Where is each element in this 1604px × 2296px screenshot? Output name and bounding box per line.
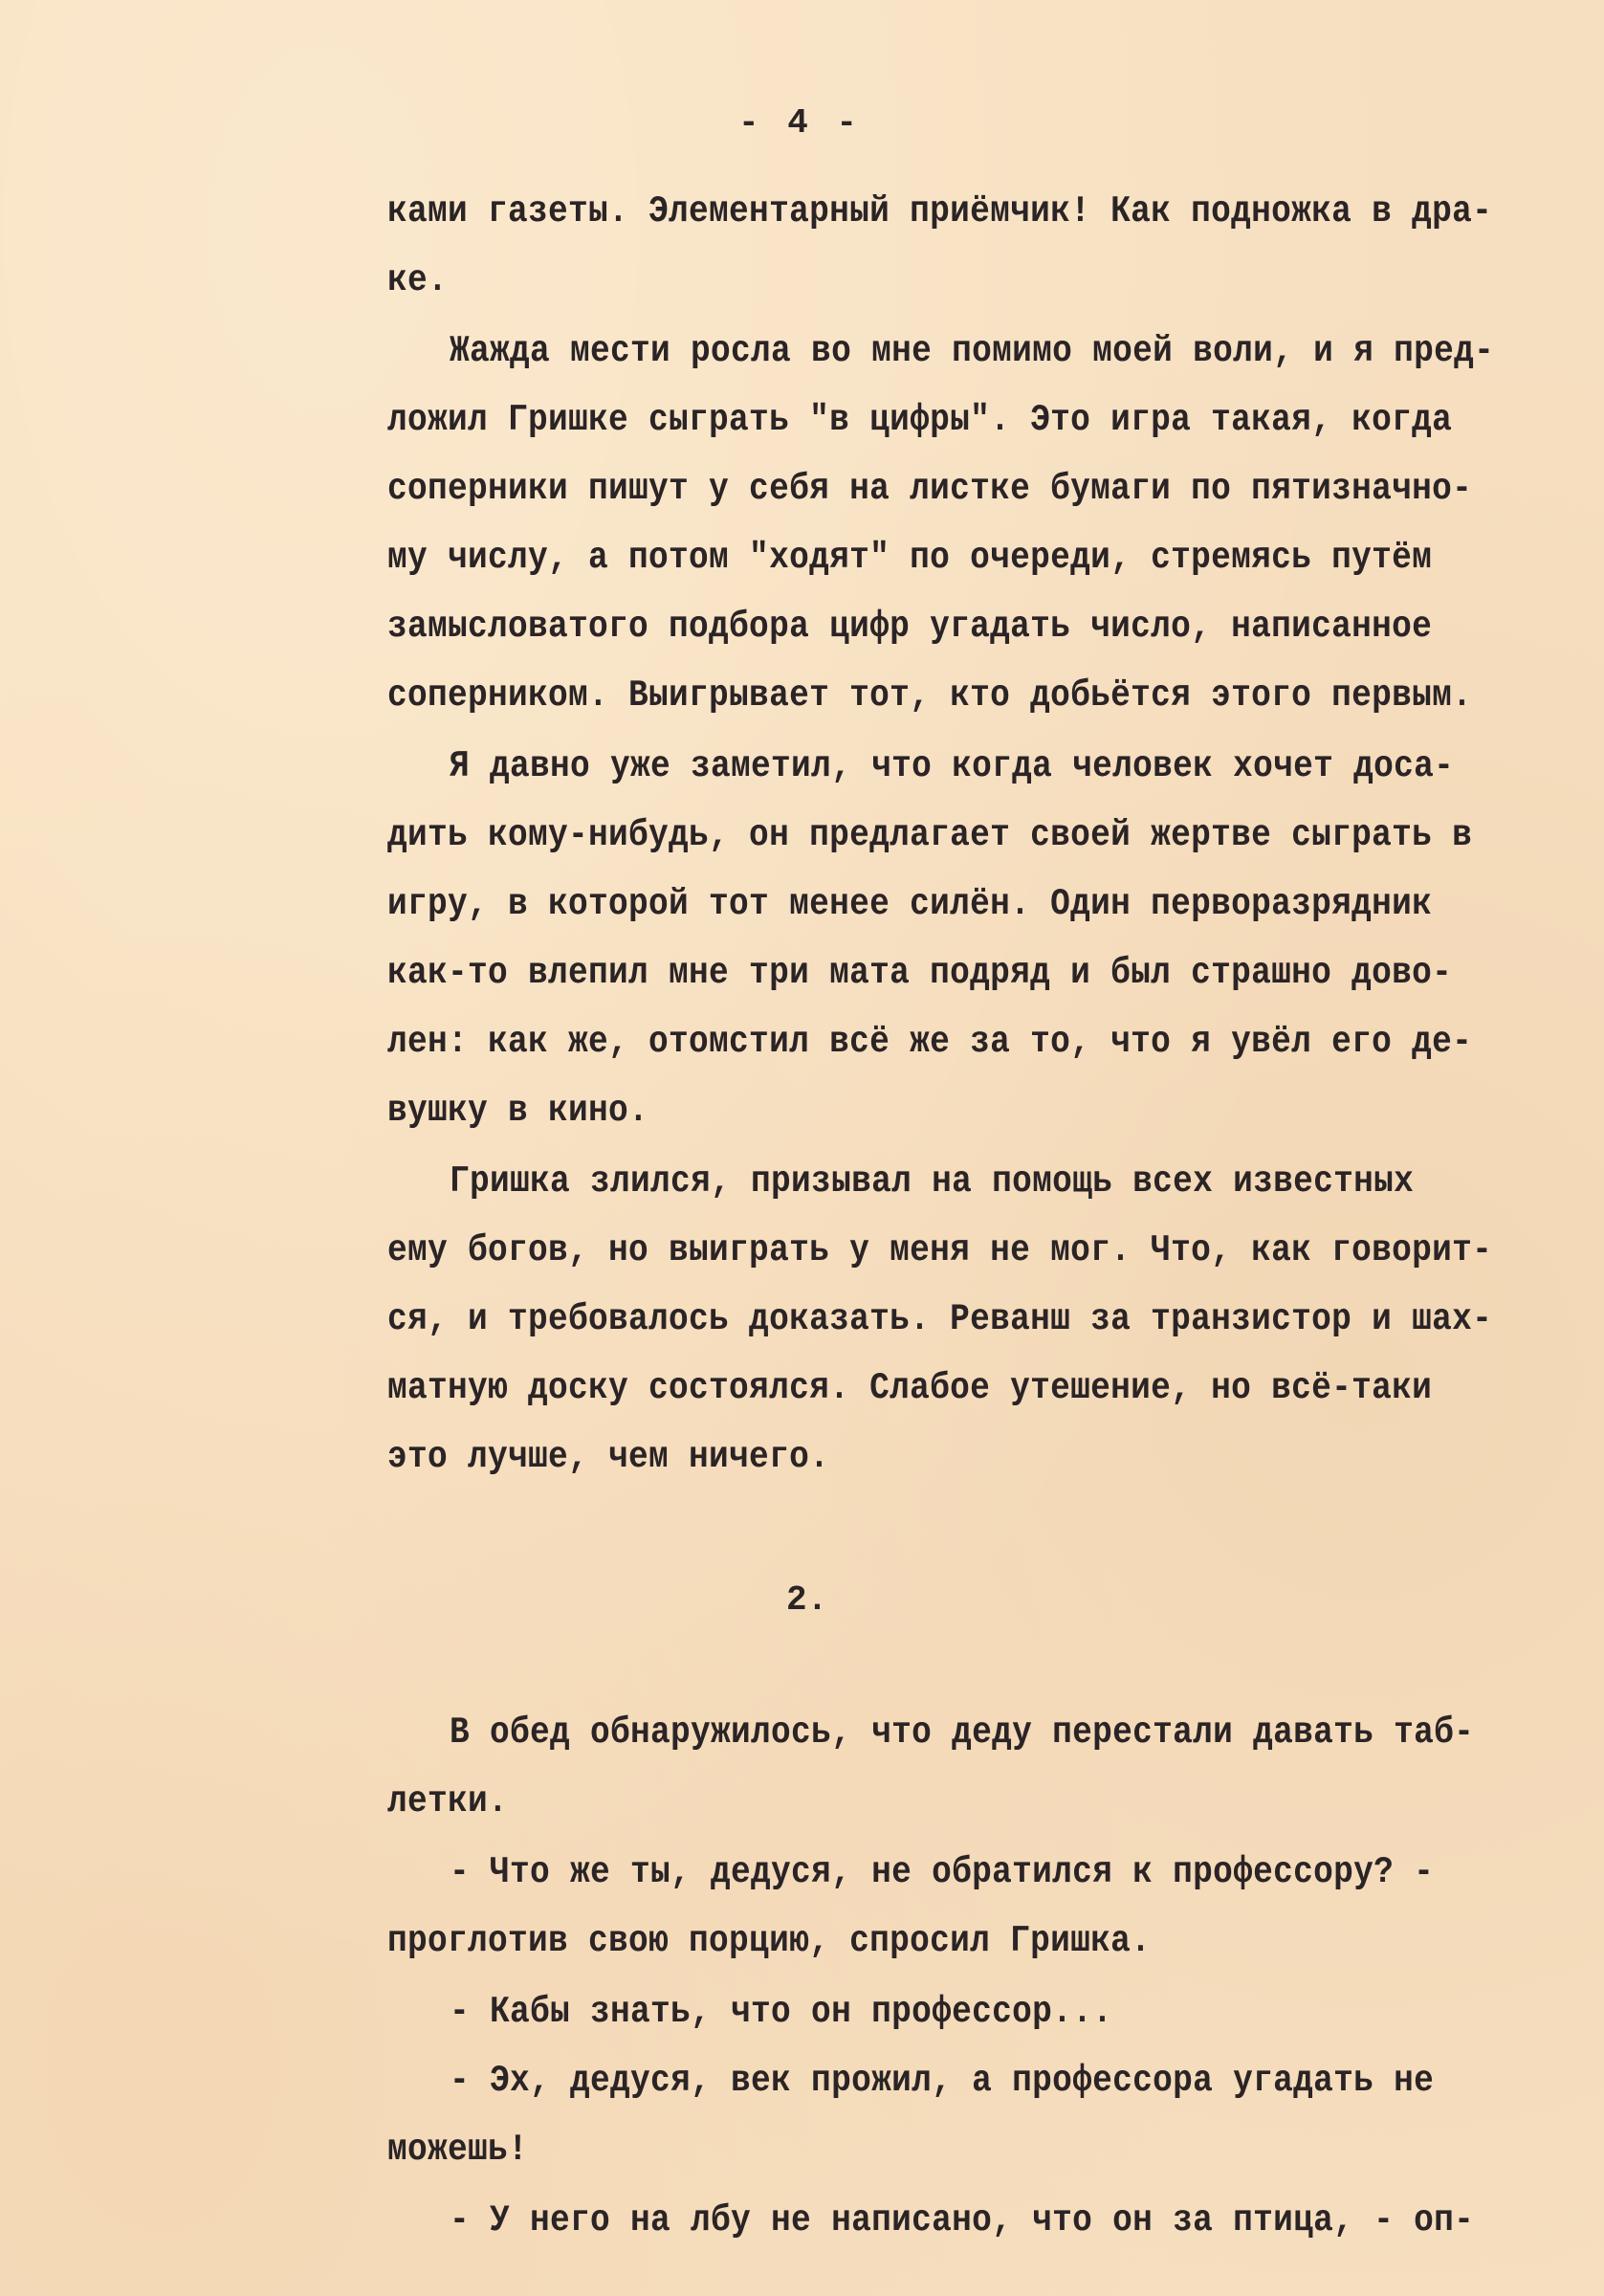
- text-line: - Что же ты, дедуся, не обратился к проф…: [450, 1852, 1434, 1895]
- text-line: ему богов, но выиграть у меня не мог. Чт…: [387, 1230, 1492, 1273]
- text-line: - Эх, дедуся, век прожил, а профессора у…: [450, 2061, 1434, 2104]
- text-line: Жажда мести росла во мне помимо моей вол…: [450, 331, 1494, 374]
- text-line: соперником. Выигрывает тот, кто добьётся…: [387, 675, 1472, 718]
- text-line: ками газеты. Элементарный приёмчик! Как …: [387, 191, 1492, 234]
- text-line: ке.: [387, 260, 448, 303]
- page-number: - 4 -: [0, 103, 1604, 143]
- page-number-text: - 4 -: [738, 103, 861, 143]
- text-line: лен: как же, отомстил всё же за то, что …: [387, 1022, 1472, 1065]
- text-line: - Кабы знать, что он профессор...: [450, 1992, 1112, 2035]
- text-line: можешь!: [387, 2130, 528, 2173]
- text-line: проглотив свою порцию, спросил Гришка.: [387, 1921, 1151, 1964]
- text-line: матную доску состоялся. Слабое утешение,…: [387, 1368, 1432, 1411]
- text-line: ся, и требовалось доказать. Реванш за тр…: [387, 1299, 1492, 1342]
- text-line: вушку в кино.: [387, 1091, 648, 1134]
- text-line: - У него на лбу не написано, что он за п…: [450, 2200, 1474, 2243]
- text-line: Я давно уже заметил, что когда человек х…: [450, 746, 1454, 789]
- text-line: Гришка злился, призывал на помощь всех и…: [450, 1161, 1414, 1204]
- text-line: ложил Гришке сыграть "в цифры". Это игра…: [387, 400, 1452, 443]
- text-line: это лучше, чем ничего.: [387, 1437, 829, 1480]
- text-line: дить кому-нибудь, он предлагает своей же…: [387, 815, 1472, 858]
- text-line: В обед обнаружилось, что деду перестали …: [450, 1712, 1474, 1755]
- text-line: му числу, а потом "ходят" по очереди, ст…: [387, 538, 1432, 581]
- section-number: 2.: [786, 1580, 827, 1620]
- text-line: соперники пишут у себя на листке бумаги …: [387, 469, 1472, 512]
- typewritten-page: - 4 - ками газеты. Элементарный приёмчик…: [0, 0, 1604, 2296]
- text-line: замысловатого подбора цифр угадать число…: [387, 607, 1432, 650]
- text-line: летки.: [387, 1781, 508, 1824]
- text-line: как-то влепил мне три мата подряд и был …: [387, 953, 1452, 996]
- text-line: игру, в которой тот менее силён. Один пе…: [387, 884, 1432, 927]
